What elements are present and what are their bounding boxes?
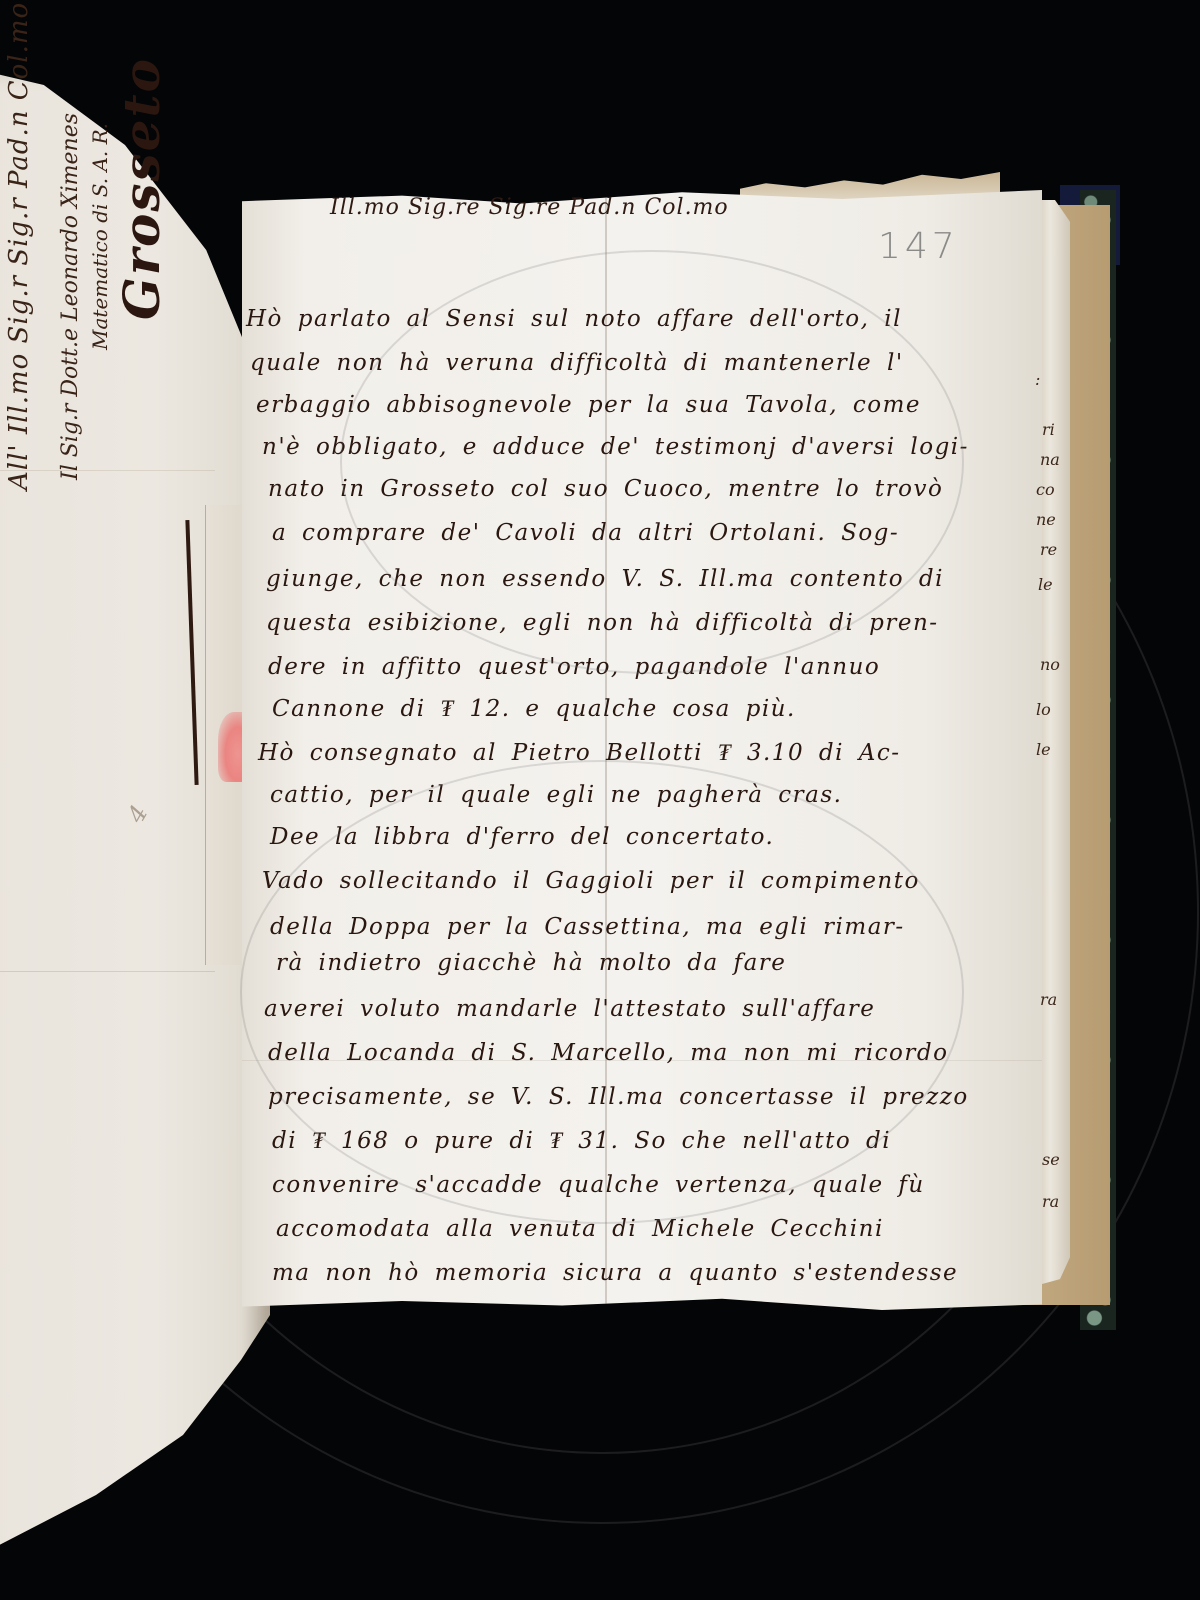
address-line-3: Matematico di S. A. R. bbox=[88, 123, 112, 350]
manuscript-photo: All' Ill.mo Sig.r Sig.r Pad.n Col.mo Il … bbox=[0, 0, 1200, 1600]
body-line: Hò consegnato al Pietro Bellotti ₮ 3.10 … bbox=[258, 740, 901, 766]
margin-fragment: ri bbox=[1042, 420, 1055, 439]
address-fold bbox=[0, 470, 215, 972]
margin-fragment: : bbox=[1035, 370, 1040, 389]
body-line: precisamente, se V. S. Ill.ma concertass… bbox=[268, 1084, 969, 1110]
margin-fragment: na bbox=[1040, 450, 1060, 469]
body-line: averei voluto mandarle l'attestato sull'… bbox=[264, 996, 875, 1022]
margin-fragment: co bbox=[1036, 480, 1055, 499]
body-line: dere in affitto quest'orto, pagandole l'… bbox=[268, 654, 880, 680]
body-line: Dee la libbra d'ferro del concertato. bbox=[270, 824, 774, 850]
margin-fragment: lo bbox=[1036, 700, 1051, 719]
body-line: nato in Grosseto col suo Cuoco, mentre l… bbox=[268, 476, 943, 502]
body-line: di ₮ 168 o pure di ₮ 31. So che nell'att… bbox=[272, 1128, 891, 1154]
margin-fragment: ne bbox=[1036, 510, 1056, 529]
body-line: a comprare de' Cavoli da altri Ortolani.… bbox=[272, 520, 899, 546]
margin-fragment: re bbox=[1040, 540, 1057, 559]
address-city: Grosseto bbox=[112, 57, 171, 320]
address-line-1: All' Ill.mo Sig.r Sig.r Pad.n Col.mo bbox=[4, 2, 34, 490]
address-line-2: Il Sig.r Dott.e Leonardo Ximenes bbox=[58, 113, 83, 480]
body-line: della Doppa per la Cassettina, ma egli r… bbox=[270, 914, 905, 940]
body-line: Hò parlato al Sensi sul noto affare dell… bbox=[246, 306, 902, 332]
salutation: Ill.mo Sig.re Sig.re Pad.n Col.mo bbox=[330, 195, 729, 220]
body-line: convenire s'accadde qualche vertenza, qu… bbox=[272, 1172, 925, 1198]
margin-fragment: le bbox=[1036, 740, 1051, 759]
body-line: cattio, per il quale egli ne pagherà cra… bbox=[270, 782, 843, 808]
margin-fragment: le bbox=[1038, 575, 1053, 594]
body-line: rà indietro giacchè hà molto da fare bbox=[276, 950, 786, 976]
body-line: Vado sollecitando il Gaggioli per il com… bbox=[262, 868, 920, 894]
body-line: Cannone di ₮ 12. e qualche cosa più. bbox=[272, 696, 796, 722]
folio-number: 147 bbox=[878, 226, 959, 267]
margin-fragment: ra bbox=[1042, 1192, 1059, 1211]
body-line: n'è obbligato, e adduce de' testimonj d'… bbox=[262, 434, 969, 460]
body-line: giunge, che non essendo V. S. Ill.ma con… bbox=[266, 566, 944, 592]
margin-fragment: ra bbox=[1040, 990, 1057, 1009]
body-line: erbaggio abbisognevole per la sua Tavola… bbox=[256, 392, 921, 418]
body-line: accomodata alla venuta di Michele Cecchi… bbox=[276, 1216, 884, 1242]
body-line: della Locanda di S. Marcello, ma non mi … bbox=[268, 1040, 948, 1066]
body-line: questa esibizione, egli non hà difficolt… bbox=[266, 610, 939, 636]
body-line: ma non hò memoria sicura a quanto s'este… bbox=[272, 1260, 958, 1286]
body-line: quale non hà veruna difficoltà di manten… bbox=[250, 350, 904, 376]
margin-fragment: no bbox=[1040, 655, 1060, 674]
margin-fragment: se bbox=[1042, 1150, 1060, 1169]
